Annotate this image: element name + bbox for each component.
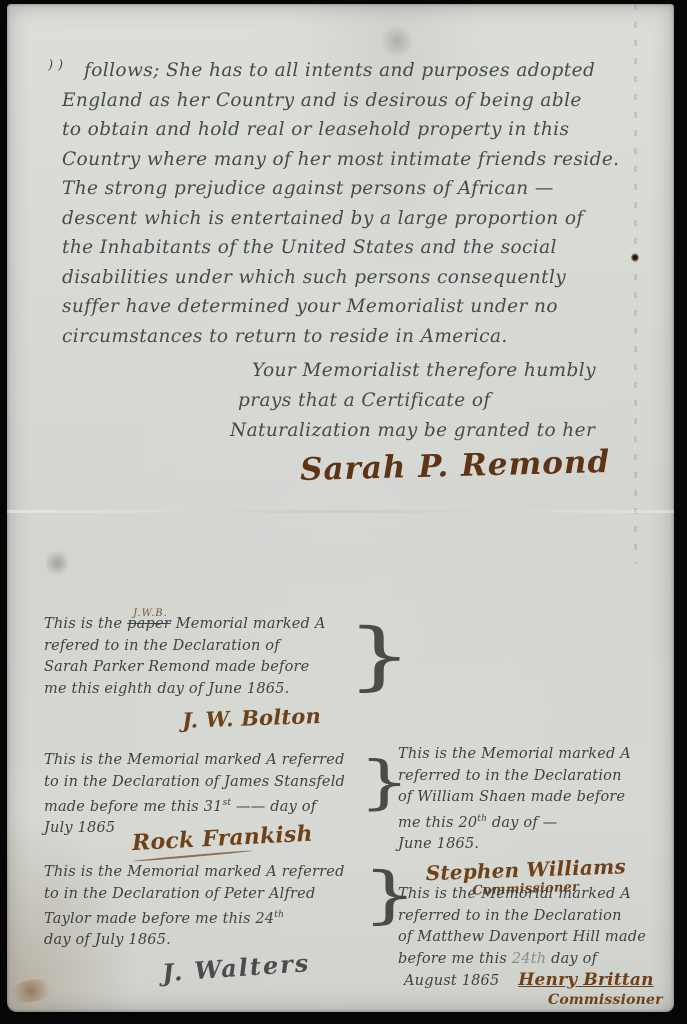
prayer-line: Your Memorialist therefore humbly: [252, 356, 596, 386]
attestation-line: to in the Declaration of Peter Alfred: [44, 884, 404, 906]
attestation-line: This is the Memorial marked A: [398, 744, 668, 766]
attestation-line: referred to in the Declaration: [398, 906, 678, 928]
attestation-line: made before me this 31st —— day of: [44, 793, 404, 818]
smudge-stain: [378, 26, 416, 56]
smudge-stain: [46, 548, 68, 578]
memorial-line: Country where many of her most intimate …: [62, 145, 640, 175]
attestation-line: me this 20th day of —: [398, 809, 668, 834]
pencil-day-number: 24th: [512, 951, 546, 967]
margin-mark: ) ): [48, 58, 63, 73]
prayer-line: prays that a Certificate of: [238, 386, 596, 416]
memorial-line: England as her Country and is desirous o…: [62, 86, 640, 116]
scanned-document-page: { "colors": { "paper": "#d7d9d5", "ink":…: [0, 0, 687, 1024]
attestation-line: This is the Memorial marked A referred: [44, 750, 404, 772]
attestation-line: Taylor made before me this 24th: [44, 905, 404, 930]
signature-j-w-bolton: J. W. Bolton: [182, 702, 405, 731]
attestation-line: of William Shaen made before: [398, 787, 668, 809]
attestation-stansfeld: This is the Memorial marked A referred t…: [44, 750, 404, 852]
prayer-paragraph: Your Memorialist therefore humbly prays …: [252, 356, 596, 446]
attestation-line: June 1865.: [398, 834, 668, 856]
brace: }: [347, 610, 413, 702]
attestation-line: This is the Memorial marked A referred: [44, 862, 404, 884]
interlinear-insertion: J.W.B.: [133, 603, 168, 625]
memorial-line: The strong prejudice against persons of …: [62, 174, 640, 204]
memorial-body-text: follows; She has to all intents and purp…: [84, 56, 640, 351]
attestation-line: This is the Memorial marked A: [398, 884, 678, 906]
attestation-taylor: This is the Memorial marked A referred t…: [44, 862, 404, 975]
attestation-remond: This is the J.W.B.paper Memorial marked …: [44, 614, 404, 728]
attestation-hill: This is the Memorial marked A referred t…: [398, 884, 678, 1011]
memorial-line: to obtain and hold real or leasehold pro…: [62, 115, 640, 145]
horizontal-fold-crease: [7, 510, 674, 513]
memorial-line: circumstances to return to reside in Ame…: [62, 322, 640, 352]
memorial-line: follows; She has to all intents and purp…: [84, 56, 640, 86]
memorial-line: suffer have determined your Memorialist …: [62, 292, 640, 322]
memorial-line: descent which is entertained by a large …: [62, 204, 640, 234]
memorial-line: the Inhabitants of the United States and…: [62, 233, 640, 263]
attestation-shaen: This is the Memorial marked A referred t…: [398, 744, 668, 899]
commissioner-title: Commissioner: [548, 990, 678, 1012]
attestation-line: of Matthew Davenport Hill made: [398, 927, 678, 949]
attestation-line: referred to in the Declaration: [398, 766, 668, 788]
prayer-line: Naturalization may be granted to her: [230, 416, 596, 446]
signature-henry-brittan: Henry Brittan: [518, 970, 653, 990]
memorial-line: disabilities under which such persons co…: [62, 263, 640, 293]
attestation-line: before me this 24th day of: [398, 949, 678, 971]
attestation-line: to in the Declaration of James Stansfeld: [44, 772, 404, 794]
